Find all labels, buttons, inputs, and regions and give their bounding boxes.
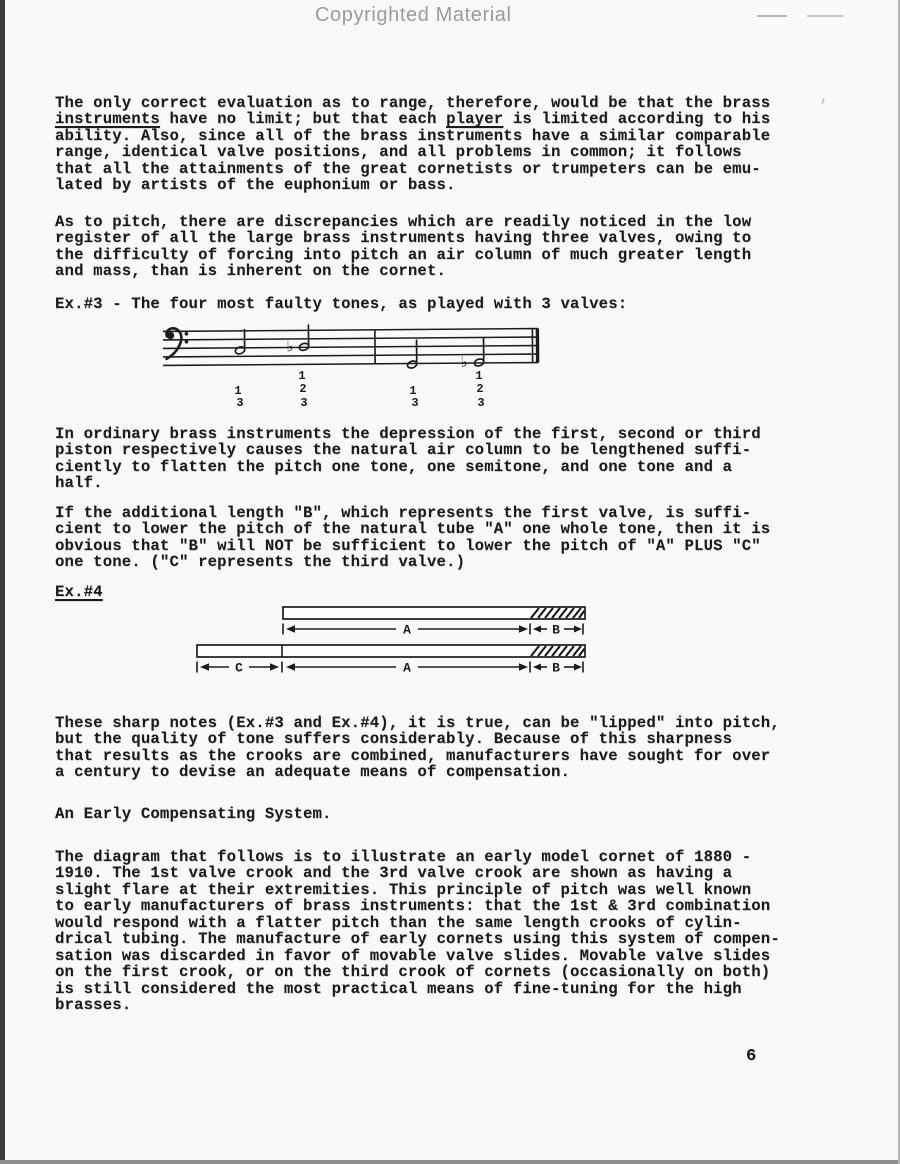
fingering: 3: [236, 396, 243, 410]
tube-a-plus-b: [283, 607, 585, 619]
label-a: A: [403, 661, 411, 676]
example-3-music-staff: ♭ ♭ 1: [150, 318, 600, 423]
flat-icon: ♭: [286, 337, 293, 355]
fingering: 2: [476, 382, 483, 396]
bass-clef-icon: [166, 328, 188, 359]
text-run: Ex.#4: [55, 583, 103, 601]
half-note-2: ♭: [286, 324, 309, 355]
text-run: have no limit; but that each: [160, 110, 446, 128]
paragraph-piston-depression: In ordinary brass instruments the depres…: [55, 426, 855, 492]
dimension-row-top: A B: [283, 623, 583, 638]
underlined-word-instruments: instruments: [55, 110, 160, 128]
section-heading-compensating-system: An Early Compensating System.: [55, 806, 855, 822]
fingering: 3: [411, 396, 418, 410]
tube-diagram-svg: A B: [150, 596, 620, 690]
example-4-diagram: A B: [150, 596, 620, 695]
paragraph-additional-length: If the additional length "B", which repr…: [55, 505, 855, 571]
scan-artifact-dash: [807, 15, 843, 17]
fingering: 2: [299, 382, 306, 396]
copyright-watermark: Copyrighted Material: [315, 4, 512, 27]
scan-edge-bottom: [0, 1160, 900, 1164]
fingering: 1: [475, 369, 482, 383]
dimension-row-bottom: C A B: [197, 661, 583, 676]
page-number: 6: [746, 1047, 756, 1066]
label-b: B: [552, 623, 560, 638]
text-run: The only correct evaluation as to range,…: [55, 94, 770, 112]
fingering: 3: [300, 396, 307, 410]
fingering-annotations: 1 3 1 2 3 1 3 1 2 3: [234, 369, 484, 410]
paragraph-range-evaluation: The only correct evaluation as to range,…: [55, 95, 855, 194]
paragraph-lipped-notes: These sharp notes (Ex.#3 and Ex.#4), it …: [55, 715, 855, 781]
fingering: 3: [477, 396, 484, 410]
music-staff-svg: ♭ ♭ 1: [150, 318, 600, 418]
label-b: B: [552, 661, 560, 676]
scanned-page: Copyrighted Material The only correct ev…: [0, 0, 900, 1164]
paragraph-early-cornet-diagram: The diagram that follows is to illustrat…: [55, 849, 855, 1014]
tube-c-plus-a-plus-b: [197, 645, 585, 657]
paragraph-pitch-discrepancies: As to pitch, there are discrepancies whi…: [55, 214, 855, 280]
label-c: C: [235, 661, 243, 676]
label-a: A: [403, 623, 411, 638]
fingering: 1: [298, 369, 305, 383]
underlined-word-player: player: [446, 110, 503, 128]
scan-edge-left: [0, 0, 5, 1164]
half-note-1: [234, 329, 245, 355]
example-3-caption: Ex.#3 - The four most faulty tones, as p…: [55, 296, 855, 312]
scan-artifact-dash: [757, 15, 787, 17]
flat-icon: ♭: [461, 353, 468, 371]
